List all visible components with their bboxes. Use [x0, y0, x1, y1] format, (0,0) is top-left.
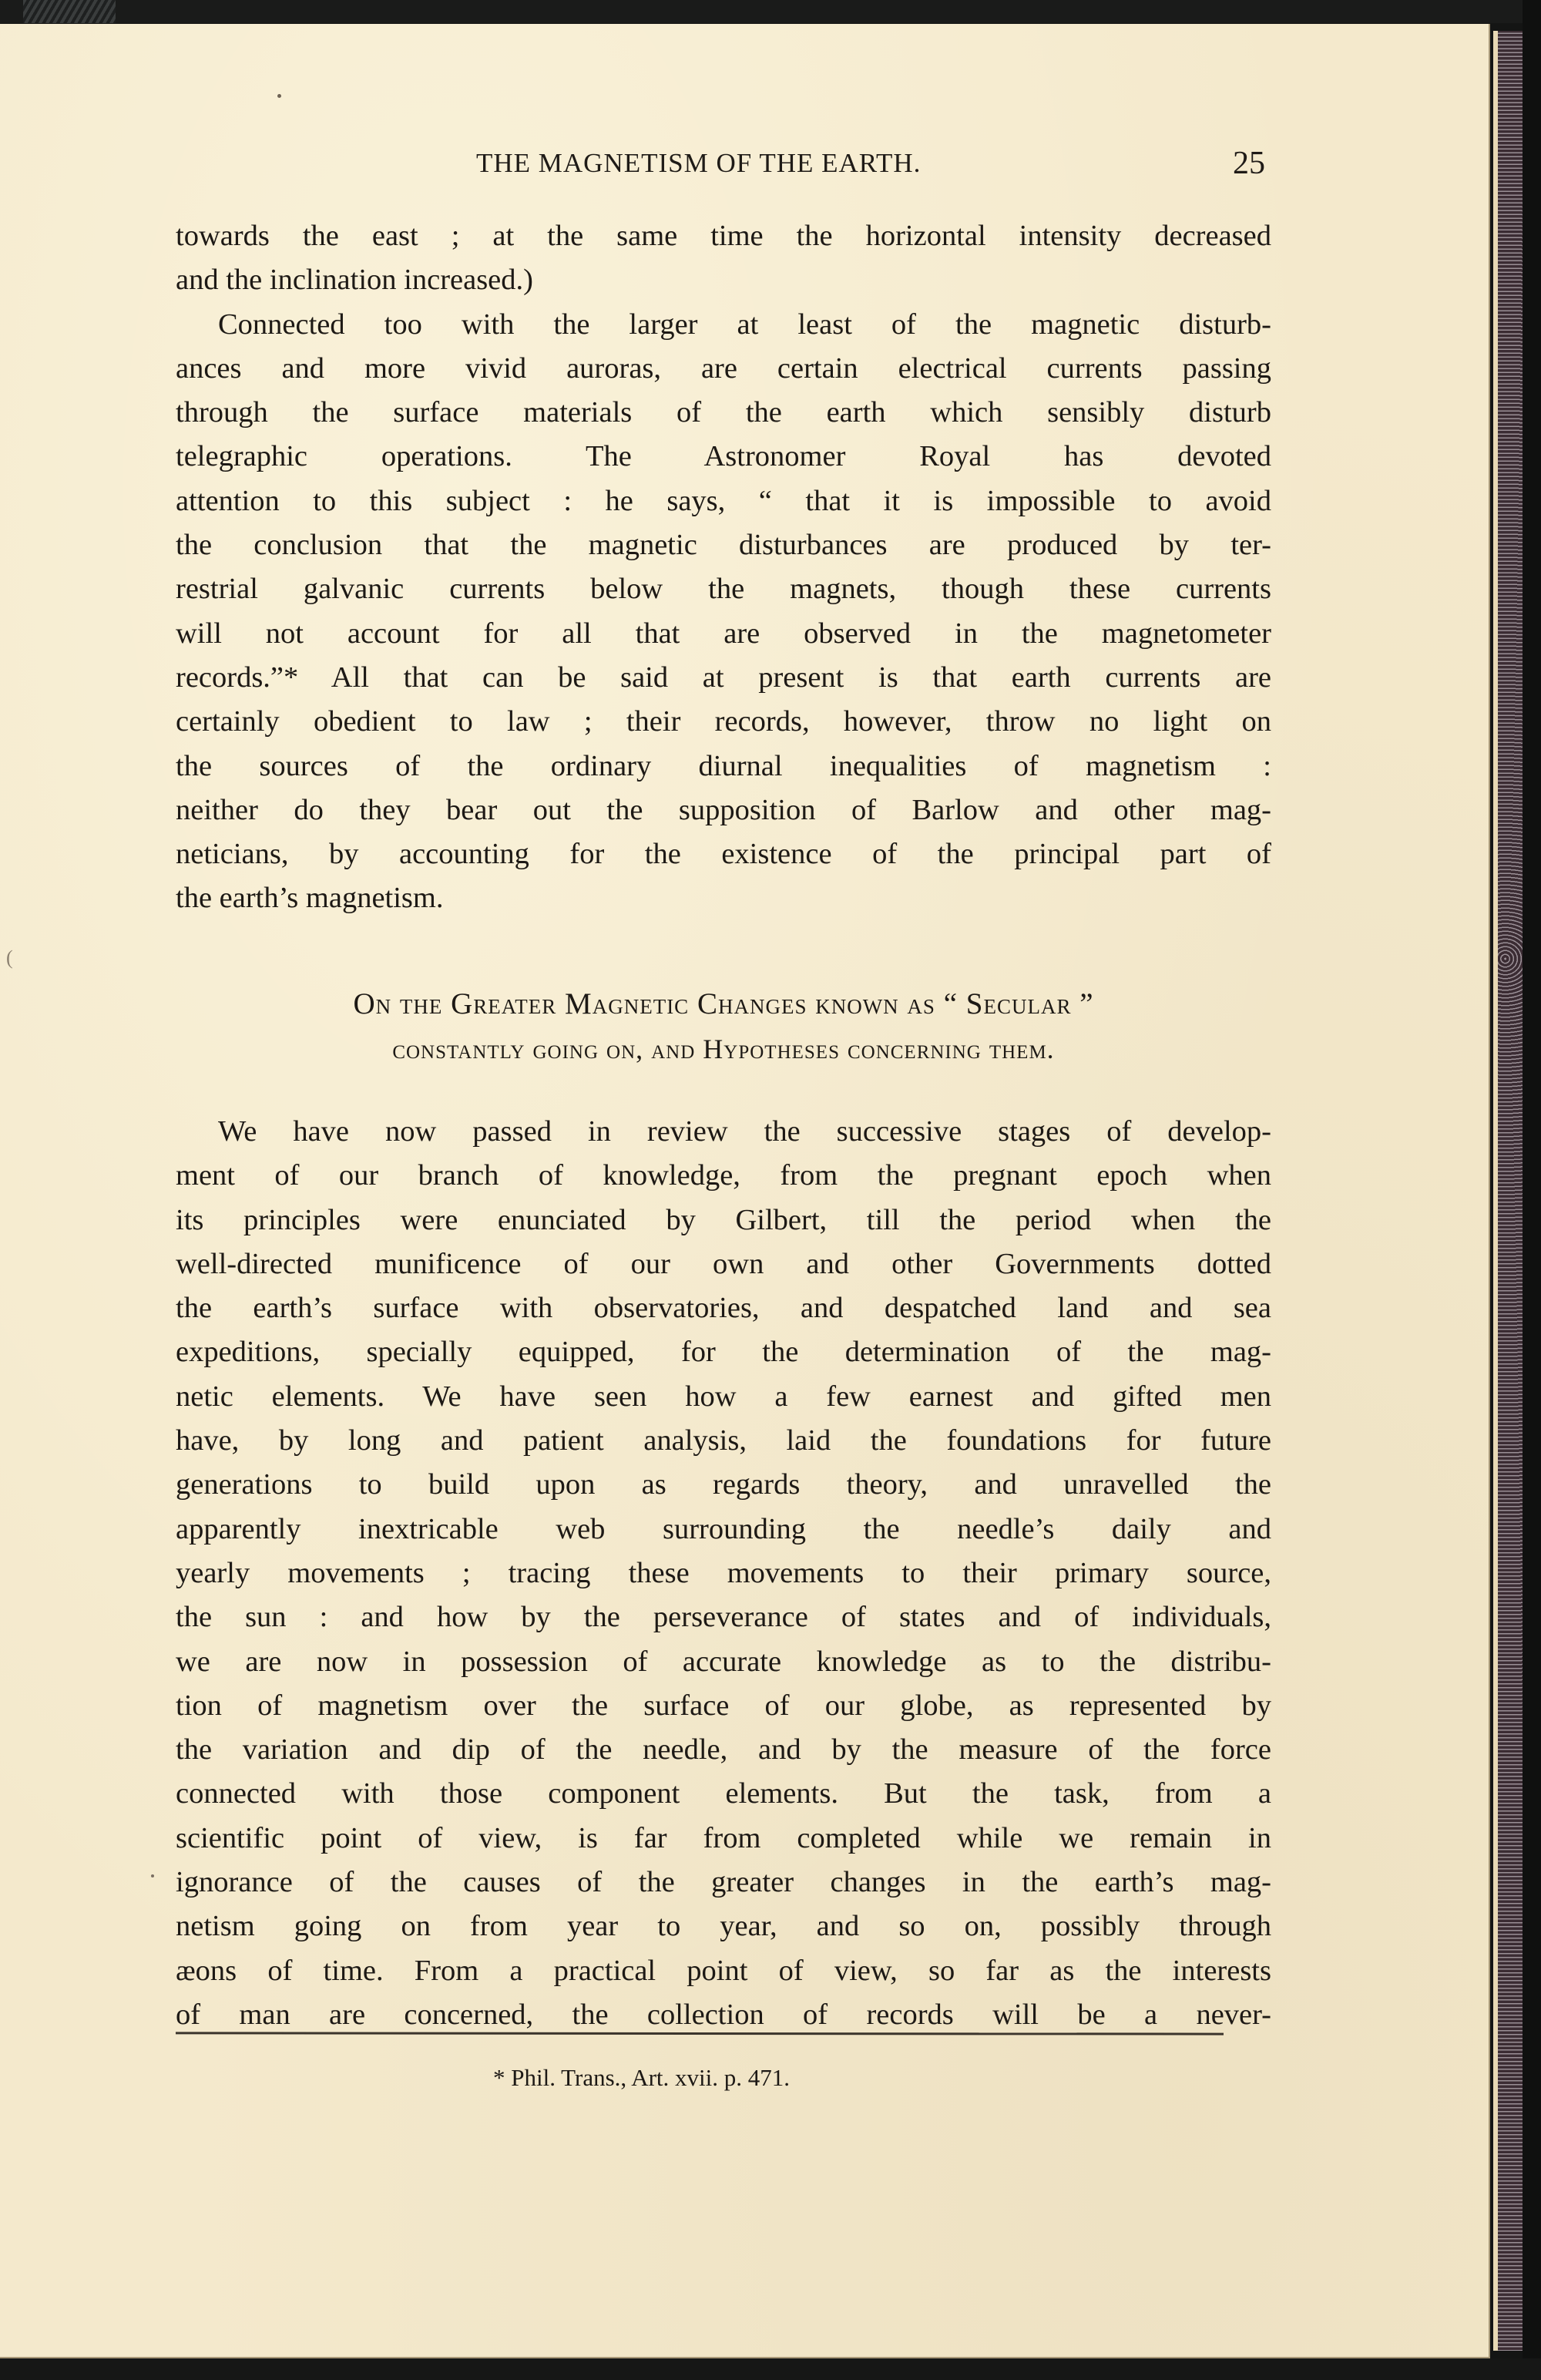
text-line: netism going on from year to year, and s… — [176, 1904, 1271, 1948]
scan-bottom-border — [0, 2358, 1541, 2380]
text-line: of man are concerned, the collection of … — [176, 1993, 1271, 2037]
text-line: will not account for all that are observ… — [176, 612, 1271, 656]
text-line: towards the east ; at the same time the … — [176, 214, 1271, 258]
text-line: the earth’s magnetism. — [176, 876, 1271, 920]
footnote: * Phil. Trans., Art. xvii. p. 471. — [493, 2064, 790, 2092]
scan-right-border — [1523, 0, 1541, 2380]
text-line: attention to this subject : he says, “ t… — [176, 479, 1271, 523]
text-line: ignorance of the causes of the greater c… — [176, 1861, 1271, 1904]
text-line: neither do they bear out the supposition… — [176, 788, 1271, 832]
body-text-top: towards the east ; at the same time the … — [176, 214, 1271, 921]
text-line: and the inclination increased.) — [176, 258, 1271, 302]
paragraph-first-line: We have now passed in review the success… — [176, 1110, 1271, 1154]
text-line: netic elements. We have seen how a few e… — [176, 1375, 1271, 1419]
text-line: generations to build upon as regards the… — [176, 1463, 1271, 1507]
text-line: the sun : and how by the perseverance of… — [176, 1595, 1271, 1639]
text-line: neticians, by accounting for the existen… — [176, 832, 1271, 876]
text-line: the variation and dip of the needle, and… — [176, 1728, 1271, 1772]
page-number: 25 — [1233, 145, 1265, 182]
paper-speck — [277, 94, 281, 98]
text-line: well-directed munificence of our own and… — [176, 1242, 1271, 1286]
text-line: we are now in possession of accurate kno… — [176, 1640, 1271, 1684]
paragraph-first-line: Connected too with the larger at least o… — [176, 303, 1271, 347]
running-head-title: THE MAGNETISM OF THE EARTH. — [476, 148, 921, 179]
section-heading-line-2: constantly going on, and Hypotheses conc… — [176, 1033, 1271, 1065]
text-line: scientific point of view, is far from co… — [176, 1817, 1271, 1861]
text-line: through the surface materials of the ear… — [176, 391, 1271, 435]
text-line: its principles were enunciated by Gilber… — [176, 1198, 1271, 1242]
text-line: tion of magnetism over the surface of ou… — [176, 1684, 1271, 1728]
margin-mark: ( — [6, 946, 13, 970]
cover-cloth-texture — [23, 0, 116, 23]
text-line: ment of our branch of knowledge, from th… — [176, 1154, 1271, 1198]
text-line: have, by long and patient analysis, laid… — [176, 1419, 1271, 1463]
scan-top-border — [0, 0, 1541, 23]
text-line: certainly obedient to law ; their record… — [176, 700, 1271, 744]
text-line: yearly movements ; tracing these movemen… — [176, 1551, 1271, 1595]
text-line: the earth’s surface with observatories, … — [176, 1286, 1271, 1330]
text-line: records.”* All that can be said at prese… — [176, 656, 1271, 700]
text-line: restrial galvanic currents below the mag… — [176, 567, 1271, 611]
body-text-section: We have now passed in review the success… — [176, 1110, 1271, 2037]
text-line: ances and more vivid auroras, are certai… — [176, 347, 1271, 391]
text-line: connected with those component elements.… — [176, 1772, 1271, 1816]
text-line: the sources of the ordinary diurnal ineq… — [176, 745, 1271, 788]
marbled-binding-edge — [1493, 31, 1523, 2351]
text-line: æons of time. From a practical point of … — [176, 1949, 1271, 1993]
text-line: the conclusion that the magnetic disturb… — [176, 523, 1271, 567]
margin-tick — [151, 1874, 154, 1877]
section-heading-line-1: On the Greater Magnetic Changes known as… — [176, 987, 1271, 1021]
text-line: expeditions, specially equipped, for the… — [176, 1330, 1271, 1374]
text-line: apparently inextricable web surrounding … — [176, 1508, 1271, 1551]
text-line: telegraphic operations. The Astronomer R… — [176, 435, 1271, 479]
